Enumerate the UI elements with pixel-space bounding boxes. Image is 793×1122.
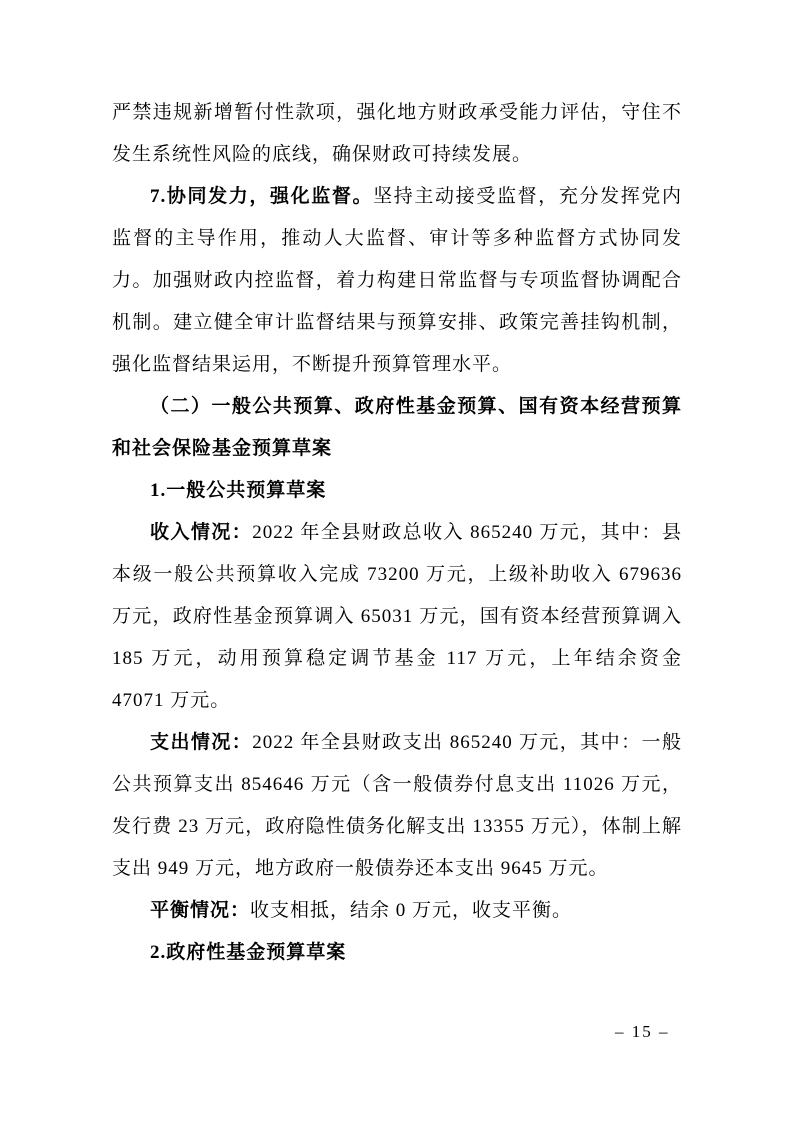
paragraph-lead: 7.协同发力，强化监督。 — [150, 186, 373, 207]
page-number: – 15 – — [615, 1022, 670, 1042]
paragraph-text: 2022 年全县财政支出 865240 万元，其中：一般公共预算支出 85464… — [112, 732, 682, 879]
paragraph-expenditure: 支出情况：2022 年全县财政支出 865240 万元，其中：一般公共预算支出 … — [112, 722, 682, 890]
paragraph-lead: 支出情况： — [150, 732, 252, 753]
paragraph-continuation: 严禁违规新增暂付性款项，强化地方财政承受能力评估，守住不发生系统性风险的底线，确… — [112, 92, 682, 176]
heading-text: （二）一般公共预算、政府性基金预算、国有资本经营预算和社会保险基金预算草案 — [112, 396, 682, 459]
paragraph-lead: 收入情况： — [150, 522, 252, 543]
paragraph-lead: 平衡情况： — [150, 900, 250, 921]
heading-text: 1.一般公共预算草案 — [150, 480, 326, 501]
paragraph-supervision: 7.协同发力，强化监督。坚持主动接受监督，充分发挥党内监督的主导作用，推动人大监… — [112, 176, 682, 386]
document-page: 严禁违规新增暂付性款项，强化地方财政承受能力评估，守住不发生系统性风险的底线，确… — [0, 0, 793, 1122]
subsection-heading-general-public-budget: 1.一般公共预算草案 — [112, 470, 682, 512]
paragraph-text: 收支相抵，结余 0 万元，收支平衡。 — [250, 900, 572, 921]
subsection-heading-government-fund-budget: 2.政府性基金预算草案 — [112, 932, 682, 974]
paragraph-text: 坚持主动接受监督，充分发挥党内监督的主导作用，推动人大监督、审计等多种监督方式协… — [112, 186, 682, 375]
paragraph-balance: 平衡情况：收支相抵，结余 0 万元，收支平衡。 — [112, 890, 682, 932]
section-heading-budget-drafts: （二）一般公共预算、政府性基金预算、国有资本经营预算和社会保险基金预算草案 — [112, 386, 682, 470]
paragraph-text: 严禁违规新增暂付性款项，强化地方财政承受能力评估，守住不发生系统性风险的底线，确… — [112, 102, 682, 165]
document-body: 严禁违规新增暂付性款项，强化地方财政承受能力评估，守住不发生系统性风险的底线，确… — [112, 92, 682, 974]
heading-text: 2.政府性基金预算草案 — [150, 942, 346, 963]
paragraph-text: 2022 年全县财政总收入 865240 万元，其中：县本级一般公共预算收入完成… — [112, 522, 682, 711]
paragraph-revenue: 收入情况：2022 年全县财政总收入 865240 万元，其中：县本级一般公共预… — [112, 512, 682, 722]
